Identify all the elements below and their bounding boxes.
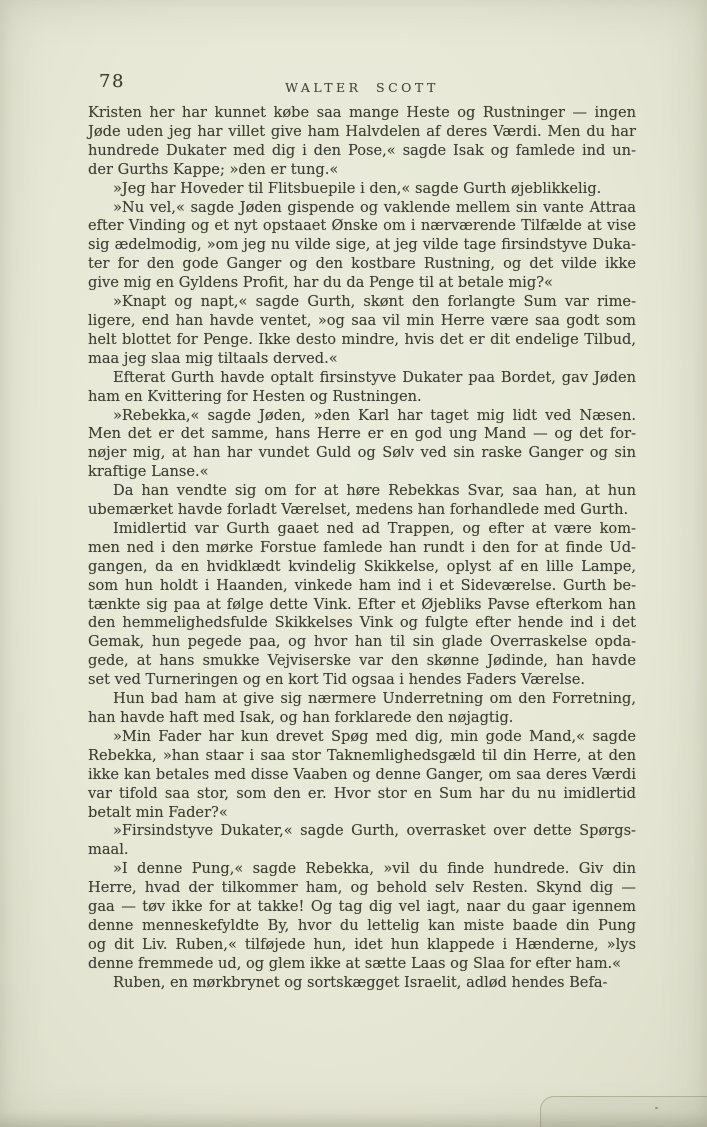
running-header: WALTER SCOTT <box>88 80 636 95</box>
text-line: ligere, end han havde ventet, »og saa vi… <box>88 312 636 331</box>
paragraph: »Min Fader har kun drevet Spøg med dig, … <box>88 728 636 823</box>
text-line: »Jeg har Hoveder til Flitsbuepile i den,… <box>88 180 636 199</box>
text-line: var tifold saa stor, som den er. Hvor st… <box>88 785 636 804</box>
text-line: der Gurths Kappe; »den er tung.« <box>88 161 636 180</box>
text-line: maal. <box>88 841 636 860</box>
paragraph: Kristen her har kunnet købe saa mange He… <box>88 104 636 180</box>
paragraph: Da han vendte sig om for at høre Rebekka… <box>88 482 636 520</box>
paragraph: »Knapt og napt,« sagde Gurth, skønt den … <box>88 293 636 369</box>
text-line: Hun bad ham at give sig nærmere Underret… <box>88 690 636 709</box>
paragraph: »Jeg har Hoveder til Flitsbuepile i den,… <box>88 180 636 199</box>
text-line: den hemmelighedsfulde Skikkelses Vink og… <box>88 614 636 633</box>
text-line: og dit Liv. Ruben,« tilføjede hun, idet … <box>88 936 636 955</box>
text-line: han havde haft med Isak, og han forklare… <box>88 709 636 728</box>
text-line: nøjer mig, at han har vundet Guld og Søl… <box>88 444 636 463</box>
paragraph: Hun bad ham at give sig nærmere Underret… <box>88 690 636 728</box>
paragraph: »Firsindstyve Dukater,« sagde Gurth, ove… <box>88 822 636 860</box>
text-line: denne menneskefyldte By, hvor du letteli… <box>88 917 636 936</box>
text-line: gaa — tøv ikke for at takke! Og tag dig … <box>88 898 636 917</box>
text-line: »Firsindstyve Dukater,« sagde Gurth, ove… <box>88 822 636 841</box>
text-line: give mig en Gyldens Profit, har du da Pe… <box>88 274 636 293</box>
text-line: set ved Turneringen og en kort Tid ogsaa… <box>88 671 636 690</box>
text-line: hundrede Dukater med dig i den Pose,« sa… <box>88 142 636 161</box>
text-line: Da han vendte sig om for at høre Rebekka… <box>88 482 636 501</box>
text-line: ter for den gode Ganger og den kostbare … <box>88 255 636 274</box>
paragraph: Imidlertid var Gurth gaaet ned ad Trappe… <box>88 520 636 690</box>
text-line: denne fremmede ud, og glem ikke at sætte… <box>88 955 636 974</box>
text-line: Men det er det samme, hans Herre er en g… <box>88 425 636 444</box>
text-line: »Nu vel,« sagde Jøden gispende og vaklen… <box>88 199 636 218</box>
paragraph: »I denne Pung,« sagde Rebekka, »vil du f… <box>88 860 636 973</box>
text-line: gede, at hans smukke Vejviserske var den… <box>88 652 636 671</box>
text-line: Gemak, hun pegede paa, og hvor han til s… <box>88 633 636 652</box>
book-page: 78 WALTER SCOTT Kristen her har kunnet k… <box>0 0 707 1127</box>
text-line: Jøde uden jeg har villet give ham Halvde… <box>88 123 636 142</box>
text-line: Rebekka, »han staar i saa stor Taknemlig… <box>88 747 636 766</box>
text-line: som hun holdt i Haanden, vinkede ham ind… <box>88 577 636 596</box>
text-line: Herre, hvad der tilkommer ham, og behold… <box>88 879 636 898</box>
text-line: ubemærket havde forladt Værelset, medens… <box>88 501 636 520</box>
text-line: efter Vinding og et nyt opstaaet Ønske o… <box>88 217 636 236</box>
scan-speck-artifact <box>655 1107 658 1109</box>
text-line: Ruben, en mørkbrynet og sortskægget Isra… <box>88 974 636 993</box>
text-line: »I denne Pung,« sagde Rebekka, »vil du f… <box>88 860 636 879</box>
bottom-edge-shadow <box>0 1113 707 1127</box>
text-line: men ned i den mørke Forstue famlede han … <box>88 539 636 558</box>
text-line: maa jeg slaa mig tiltaals derved.« <box>88 350 636 369</box>
text-line: »Min Fader har kun drevet Spøg med dig, … <box>88 728 636 747</box>
text-line: »Rebekka,« sagde Jøden, »den Karl har ta… <box>88 407 636 426</box>
body-text-column: Kristen her har kunnet købe saa mange He… <box>88 104 636 993</box>
text-line: »Knapt og napt,« sagde Gurth, skønt den … <box>88 293 636 312</box>
text-line: tænkte sig paa at følge dette Vink. Efte… <box>88 596 636 615</box>
paragraph: »Rebekka,« sagde Jøden, »den Karl har ta… <box>88 407 636 483</box>
text-line: helt blottet for Penge. Ikke desto mindr… <box>88 331 636 350</box>
text-line: ham en Kvittering for Hesten og Rustning… <box>88 388 636 407</box>
text-line: betalt min Fader?« <box>88 804 636 823</box>
text-line: Efterat Gurth havde optalt firsinstyve D… <box>88 369 636 388</box>
text-line: Kristen her har kunnet købe saa mange He… <box>88 104 636 123</box>
text-line: Imidlertid var Gurth gaaet ned ad Trappe… <box>88 520 636 539</box>
paragraph: Ruben, en mørkbrynet og sortskægget Isra… <box>88 974 636 993</box>
text-line: ikke kan betales med disse Vaaben og den… <box>88 766 636 785</box>
text-line: kraftige Lanse.« <box>88 463 636 482</box>
paragraph: Efterat Gurth havde optalt firsinstyve D… <box>88 369 636 407</box>
text-line: sig ædelmodig, »om jeg nu vilde sige, at… <box>88 236 636 255</box>
text-line: gangen, da en hvidklædt kvindelig Skikke… <box>88 558 636 577</box>
paragraph: »Nu vel,« sagde Jøden gispende og vaklen… <box>88 199 636 294</box>
